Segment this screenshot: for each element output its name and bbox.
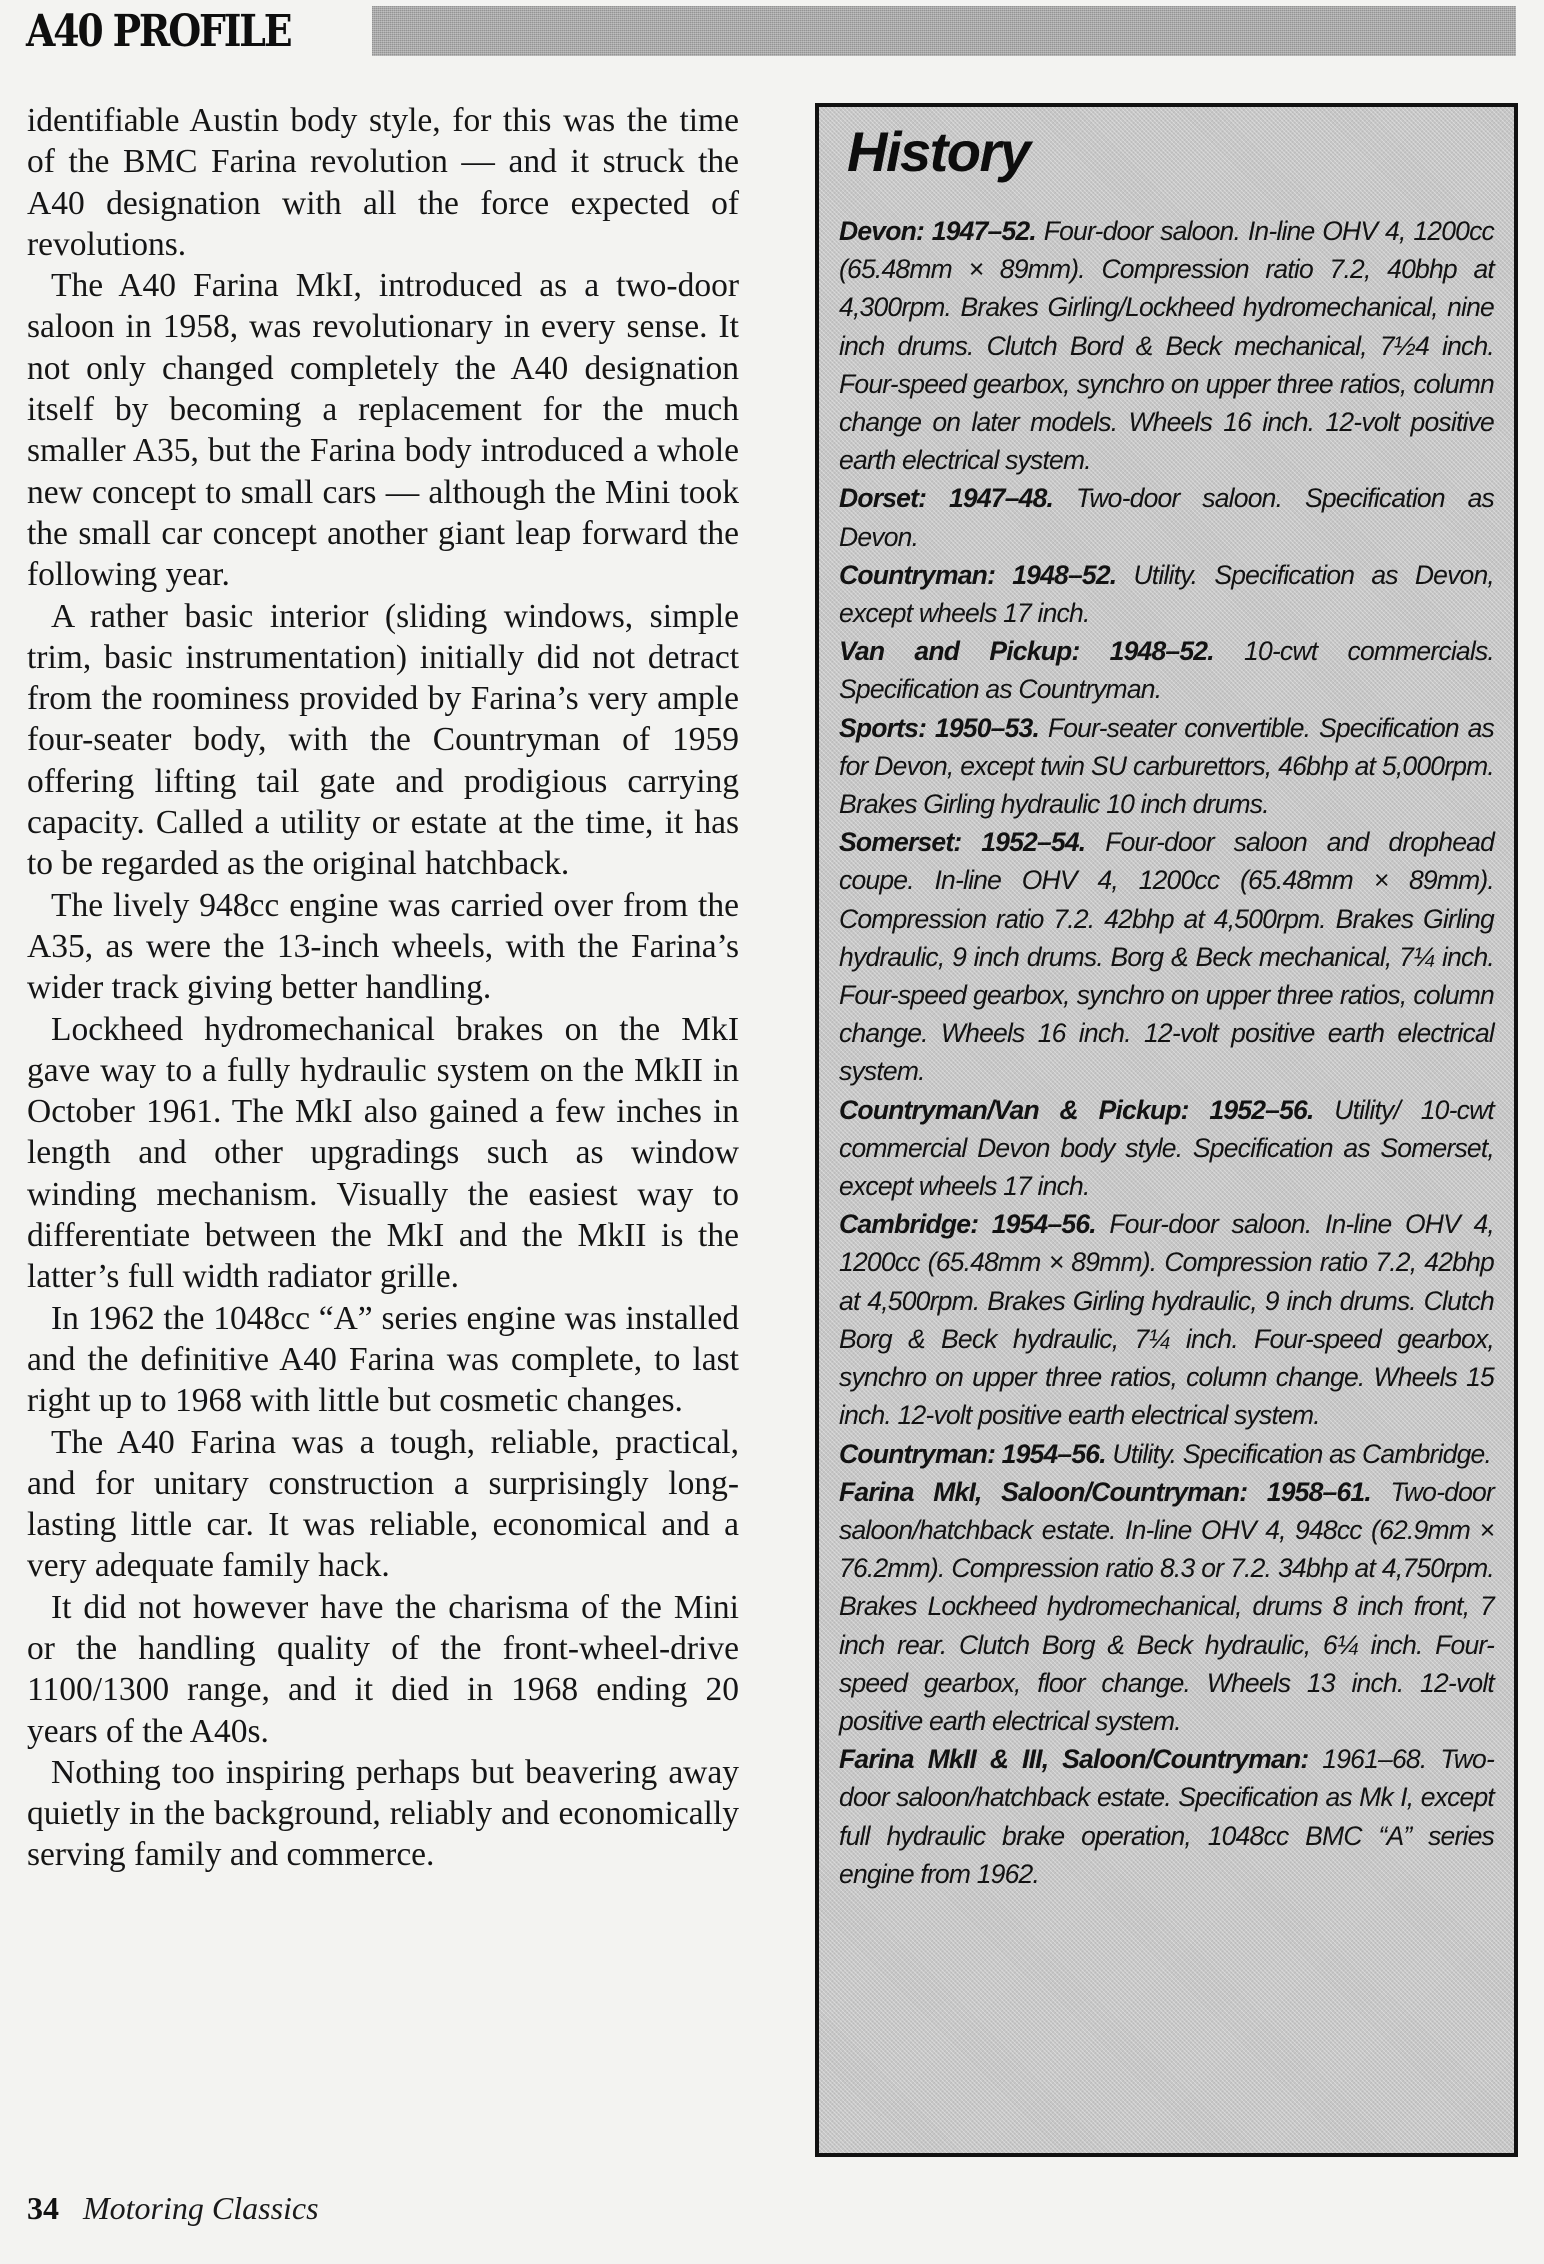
history-entry: Countryman/Van & Pickup: 1952–56. Utilit… (839, 1091, 1494, 1206)
history-entry: Somerset: 1952–54. Four-door saloon and … (839, 823, 1494, 1090)
entry-model: Sports: 1950–53. (839, 713, 1039, 743)
article-paragraph: The A40 Farina was a tough, reliable, pr… (27, 1422, 739, 1587)
history-entry: Van and Pickup: 1948–52. 10-cwt commerci… (839, 632, 1494, 708)
publication-name: Motoring Classics (83, 2190, 319, 2226)
article-paragraph: A rather basic interior (sliding windows… (27, 596, 739, 885)
entry-description: Two-door saloon/hatchback estate. In-lin… (839, 1477, 1494, 1736)
entry-description: Four-door saloon. In-line OHV 4, 1200cc … (839, 216, 1494, 475)
article-paragraph: It did not however have the charisma of … (27, 1587, 739, 1752)
entry-model: Van and Pickup: 1948–52. (839, 636, 1214, 666)
history-entry: Cambridge: 1954–56. Four-door saloon. In… (839, 1205, 1494, 1434)
entry-model: Countryman: 1948–52. (839, 560, 1116, 590)
page-footer: 34 Motoring Classics (27, 2190, 319, 2240)
history-entry: Devon: 1947–52. Four-door saloon. In-lin… (839, 212, 1494, 479)
article-body: identifiable Austin body style, for this… (27, 100, 739, 1876)
history-entry: Sports: 1950–53. Four-seater convertible… (839, 709, 1494, 824)
history-entries: Devon: 1947–52. Four-door saloon. In-lin… (839, 212, 1494, 1893)
entry-model: Somerset: 1952–54. (839, 827, 1085, 857)
article-paragraph: Nothing too inspiring perhaps but beav­e… (27, 1752, 739, 1876)
article-paragraph: The A40 Farina MkI, introduced as a two-… (27, 265, 739, 595)
entry-model: Dorset: 1947–48. (839, 483, 1053, 513)
entry-description: Four-door saloon. In-line OHV 4, 1200cc … (839, 1209, 1494, 1430)
entry-model: Farina MkII & III, Saloon/Countryman: (839, 1744, 1308, 1774)
entry-model: Devon: 1947–52. (839, 216, 1036, 246)
entry-model: Countryman/Van & Pickup: 1952–56. (839, 1095, 1314, 1125)
history-entry: Countryman: 1954–56. Utility. Specificat… (839, 1435, 1494, 1473)
page-header: A40 PROFILE (0, 0, 1544, 70)
page-number: 34 (27, 2190, 59, 2226)
entry-model: Countryman: 1954–56. (839, 1439, 1106, 1469)
article-paragraph: Lockheed hydromechanical brakes on the M… (27, 1009, 739, 1298)
history-heading: History (847, 117, 1029, 187)
history-entry: Farina MkII & III, Saloon/Countryman: 19… (839, 1740, 1494, 1893)
history-sidebar-box: History Devon: 1947–52. Four-door saloon… (815, 103, 1518, 2157)
history-entry: Countryman: 1948–52. Utility. Specificat… (839, 556, 1494, 632)
history-entry: Dorset: 1947–48. Two-door saloon. Specif… (839, 479, 1494, 555)
article-paragraph: identifiable Austin body style, for this… (27, 100, 739, 265)
section-title: A40 PROFILE (26, 4, 290, 60)
article-paragraph: The lively 948cc engine was carried over… (27, 885, 739, 1009)
entry-description: Utility. Specification as Cambridge. (1112, 1439, 1491, 1469)
article-paragraph: In 1962 the 1048cc “A” series engine was… (27, 1298, 739, 1422)
entry-description: Four-door saloon and drop­head coupe. In… (839, 827, 1494, 1086)
history-entry: Farina MkI, Saloon/Countryman: 1958–61. … (839, 1473, 1494, 1740)
entry-model: Cambridge: 1954–56. (839, 1209, 1096, 1239)
header-halftone-bar (372, 6, 1516, 56)
entry-model: Farina MkI, Saloon/Countryman: 1958–61. (839, 1477, 1371, 1507)
